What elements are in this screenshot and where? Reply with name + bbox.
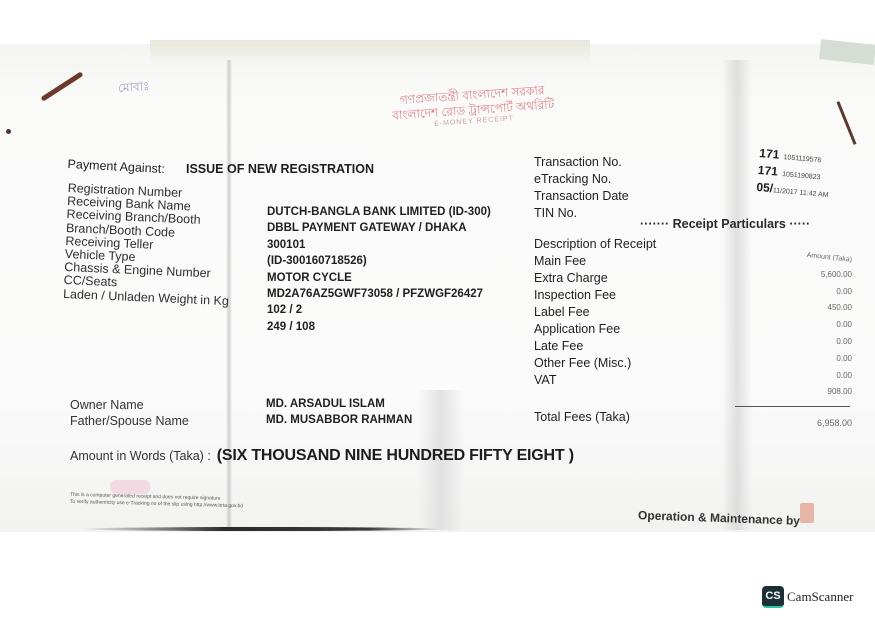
fee-label: Other Fee (Misc.)	[534, 355, 656, 372]
value-receiving-teller: (ID-300160718526)	[267, 253, 491, 269]
camscanner-text: CamScanner	[787, 589, 853, 605]
father-spouse-value: MD. MUSABBOR RAHMAN	[266, 414, 412, 430]
label-tin-no: TIN No.	[534, 205, 656, 222]
fee-amount: 0.00	[800, 334, 852, 351]
camscanner-logo-icon: CS	[762, 586, 784, 608]
value-branch-code: 300101	[267, 237, 491, 253]
fee-label: Label Fee	[534, 304, 656, 321]
amount-in-words-value: (SIX THOUSAND NINE HUNDRED FIFTY EIGHT )	[217, 447, 574, 465]
ink-dot	[6, 129, 11, 134]
fee-amount: 5,600.00	[800, 267, 852, 284]
paper-fold	[722, 60, 752, 530]
fee-amounts: Amount (Taka) 5,600.00 0.00 450.00 0.00 …	[800, 250, 852, 432]
value-vehicle-type: MOTOR CYCLE	[267, 270, 491, 286]
payment-against-value: ISSUE OF NEW REGISTRATION	[186, 162, 374, 176]
fee-label: Extra Charge	[534, 270, 656, 287]
label-etracking-no: eTracking No.	[534, 171, 656, 188]
paper-shadow	[150, 40, 590, 62]
total-fees-amount: 6,958.00	[800, 415, 852, 432]
fee-label: Main Fee	[534, 253, 656, 270]
transaction-and-fee-labels: Transaction No. eTracking No. Transactio…	[534, 154, 656, 426]
vehicle-field-labels: Registration Number Receiving Bank Name …	[63, 182, 234, 308]
receipt-particulars-heading: ······· Receipt Particulars ·····	[640, 217, 810, 231]
operator-logo-icon	[800, 503, 814, 523]
label-transaction-date: Transaction Date	[534, 188, 656, 205]
amount-in-words-label: Amount in Words (Taka) :	[70, 449, 211, 463]
fee-description-header: Description of Receipt	[534, 236, 656, 253]
label-transaction-no: Transaction No.	[534, 154, 656, 171]
father-spouse-label: Father/Spouse Name	[70, 414, 266, 430]
fee-label: Inspection Fee	[534, 287, 656, 304]
fee-amount: 450.00	[800, 300, 852, 317]
fee-label: Application Fee	[534, 321, 656, 338]
total-divider	[735, 406, 850, 407]
value-bank-name: DUTCH-BANGLA BANK LIMITED (ID-300)	[267, 204, 491, 220]
fee-label: VAT	[534, 372, 656, 389]
vehicle-field-values: DUTCH-BANGLA BANK LIMITED (ID-300) DBBL …	[267, 204, 491, 335]
camscanner-watermark: CS CamScanner	[762, 586, 853, 608]
value-weight: 249 / 108	[267, 319, 491, 335]
transaction-values: 171 1051119576 171 1051190823 05/11/2017…	[756, 146, 833, 203]
stamp-text: মোবাঃ	[118, 79, 150, 95]
value-branch-booth: DBBL PAYMENT GATEWAY / DHAKA	[267, 220, 491, 236]
paper-bottom-edge	[80, 527, 440, 531]
amount-in-words: Amount in Words (Taka) : (SIX THOUSAND N…	[70, 447, 574, 465]
value-chassis-engine: MD2A76AZ5GWF73058 / PFZWGF26427	[267, 286, 491, 302]
total-fees-label: Total Fees (Taka)	[534, 409, 656, 426]
value-cc-seats: 102 / 2	[267, 302, 491, 318]
pink-stamp-mark	[110, 480, 150, 494]
fee-amount: 0.00	[800, 284, 852, 301]
owner-block: Owner Name MD. ARSADUL ISLAM Father/Spou…	[70, 398, 412, 430]
owner-name-label: Owner Name	[70, 398, 266, 414]
fee-amount: 0.00	[800, 351, 852, 368]
fee-amount: 908.00	[800, 384, 852, 401]
fee-label: Late Fee	[534, 338, 656, 355]
fee-amount: 0.00	[800, 368, 852, 385]
owner-name-value: MD. ARSADUL ISLAM	[266, 398, 385, 414]
fee-amount: 0.00	[800, 317, 852, 334]
